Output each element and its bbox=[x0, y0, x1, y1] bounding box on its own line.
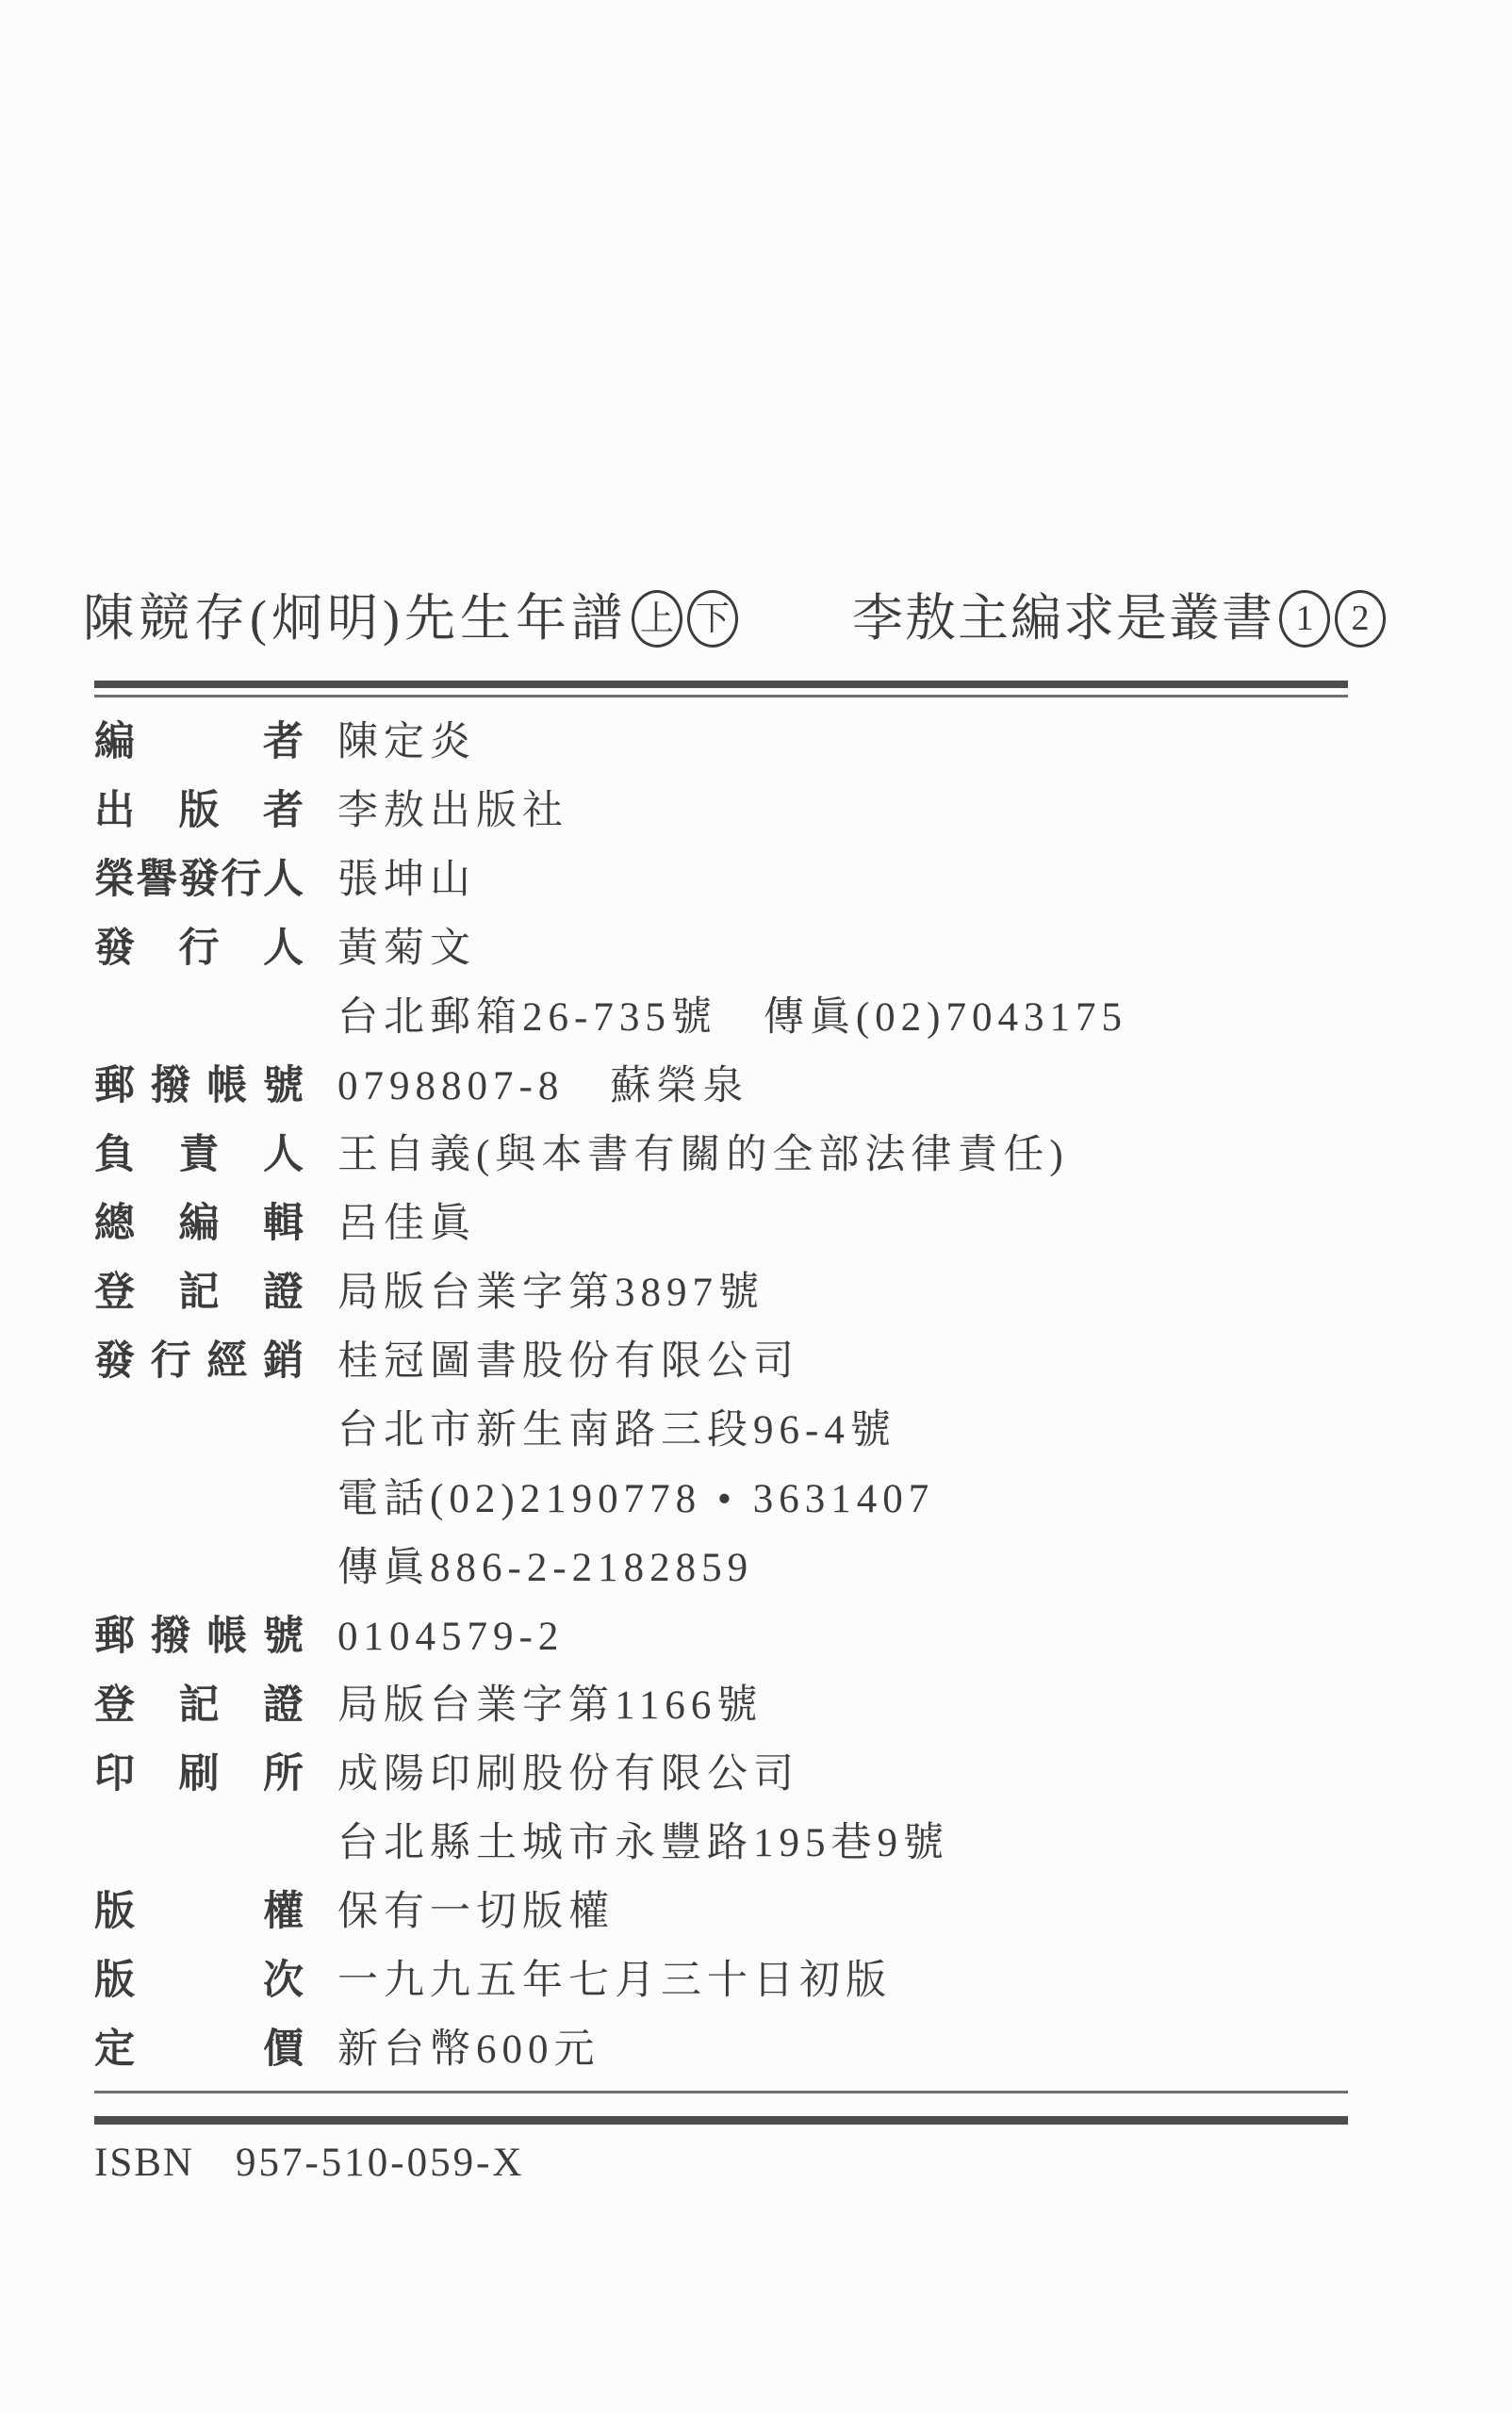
row-value: 0798807-8 蘇榮泉 bbox=[337, 1064, 748, 1109]
series-number-2-badge: 2 bbox=[1335, 590, 1386, 648]
row-value: 0104579-2 bbox=[337, 1615, 564, 1660]
volume-lower-badge: 下 bbox=[687, 590, 738, 648]
colophon-row: 傳眞886-2-2182859 bbox=[94, 1534, 1512, 1602]
colophon-row: 出版者李敖出版社 bbox=[94, 777, 1512, 845]
row-label: 版權 bbox=[94, 1890, 304, 1935]
book-title: 陳競存(炯明)先生年譜 上 下 bbox=[83, 586, 738, 650]
colophon-row: 負責人王自義(與本書有關的全部法律責任) bbox=[94, 1121, 1512, 1190]
divider-top-thin bbox=[94, 695, 1348, 698]
row-value: 呂佳眞 bbox=[337, 1202, 476, 1247]
colophon-rows: 編者陳定炎出版者李敖出版社榮譽發行人張坤山發行人黃菊文台北郵箱26-735號 傳… bbox=[94, 708, 1512, 2084]
row-label: 郵撥帳號 bbox=[94, 1615, 304, 1660]
divider-bottom-thick bbox=[94, 2116, 1348, 2125]
row-label: 編者 bbox=[94, 720, 304, 765]
colophon-row: 發行經銷桂冠圖書股份有限公司 bbox=[94, 1327, 1512, 1396]
divider-top-thick bbox=[94, 681, 1348, 688]
colophon-row: 電話(02)2190778 • 3631407 bbox=[94, 1465, 1512, 1534]
row-value: 局版台業字第1166號 bbox=[337, 1683, 763, 1729]
colophon-row: 台北縣土城市永豐路195巷9號 bbox=[94, 1809, 1512, 1878]
row-label: 定價 bbox=[94, 2027, 304, 2073]
colophon-row: 版次一九九五年七月三十日初版 bbox=[94, 1946, 1512, 2015]
row-label: 版次 bbox=[94, 1959, 304, 2004]
colophon-row: 定價新台幣600元 bbox=[94, 2015, 1512, 2084]
colophon-row: 印刷所成陽印刷股份有限公司 bbox=[94, 1740, 1512, 1809]
row-value: 桂冠圖書股份有限公司 bbox=[337, 1339, 799, 1385]
series-title: 李敖主編求是叢書 1 2 bbox=[852, 586, 1386, 650]
colophon-row: 榮譽發行人張坤山 bbox=[94, 845, 1512, 914]
series-number-1-badge: 1 bbox=[1279, 590, 1330, 648]
row-label: 郵撥帳號 bbox=[94, 1064, 304, 1109]
colophon-row: 郵撥帳號0798807-8 蘇榮泉 bbox=[94, 1052, 1512, 1121]
row-value: 黃菊文 bbox=[337, 927, 476, 972]
row-label: 榮譽發行人 bbox=[94, 858, 304, 903]
row-value: 局版台業字第3897號 bbox=[337, 1271, 764, 1316]
colophon-row: 登記證局版台業字第3897號 bbox=[94, 1258, 1512, 1327]
row-label: 登記證 bbox=[94, 1683, 304, 1729]
colophon-row: 發行人黃菊文 bbox=[94, 914, 1512, 983]
row-value: 台北縣土城市永豐路195巷9號 bbox=[337, 1821, 949, 1866]
row-value: 張坤山 bbox=[337, 858, 476, 903]
row-value: 電話(02)2190778 • 3631407 bbox=[337, 1477, 934, 1522]
colophon-row: 台北郵箱26-735號 傳眞(02)7043175 bbox=[94, 983, 1512, 1052]
series-title-text: 李敖主編求是叢書 bbox=[852, 586, 1274, 650]
colophon-row: 郵撥帳號0104579-2 bbox=[94, 1602, 1512, 1671]
row-label: 出版者 bbox=[94, 789, 304, 834]
row-value: 李敖出版社 bbox=[337, 789, 568, 834]
row-label: 負責人 bbox=[94, 1133, 304, 1178]
divider-bottom-thin bbox=[94, 2091, 1348, 2093]
row-value: 陳定炎 bbox=[337, 720, 476, 765]
isbn-label: ISBN bbox=[94, 2142, 194, 2185]
row-label: 印刷所 bbox=[94, 1752, 304, 1797]
row-value: 台北市新生南路三段96-4號 bbox=[337, 1408, 896, 1453]
book-title-text: 陳競存(炯明)先生年譜 bbox=[83, 586, 627, 650]
volume-upper-badge: 上 bbox=[632, 590, 682, 648]
colophon-row: 版權保有一切版權 bbox=[94, 1878, 1512, 1946]
row-value: 保有一切版權 bbox=[337, 1890, 615, 1935]
colophon-page: 陳競存(炯明)先生年譜 上 下 李敖主編求是叢書 1 2 編者陳定炎出版者李敖出… bbox=[0, 0, 1512, 2413]
row-value: 台北郵箱26-735號 傳眞(02)7043175 bbox=[337, 995, 1127, 1041]
row-label: 發行人 bbox=[94, 927, 304, 972]
row-value: 成陽印刷股份有限公司 bbox=[337, 1752, 799, 1797]
isbn-value: 957-510-059-X bbox=[236, 2142, 525, 2185]
row-value: 新台幣600元 bbox=[337, 2027, 600, 2073]
row-label: 總編輯 bbox=[94, 1202, 304, 1247]
row-value: 一九九五年七月三十日初版 bbox=[337, 1959, 892, 2004]
row-label: 登記證 bbox=[94, 1271, 304, 1316]
title-bar: 陳競存(炯明)先生年譜 上 下 李敖主編求是叢書 1 2 bbox=[83, 0, 1386, 650]
row-label: 發行經銷 bbox=[94, 1339, 304, 1385]
colophon-row: 編者陳定炎 bbox=[94, 708, 1512, 777]
row-value: 傳眞886-2-2182859 bbox=[337, 1546, 753, 1591]
row-value: 王自義(與本書有關的全部法律責任) bbox=[337, 1133, 1069, 1178]
isbn-row: ISBN 957-510-059-X bbox=[94, 2142, 1512, 2185]
colophon-row: 登記證局版台業字第1166號 bbox=[94, 1671, 1512, 1740]
colophon-row: 台北市新生南路三段96-4號 bbox=[94, 1396, 1512, 1465]
colophon-row: 總編輯呂佳眞 bbox=[94, 1190, 1512, 1258]
